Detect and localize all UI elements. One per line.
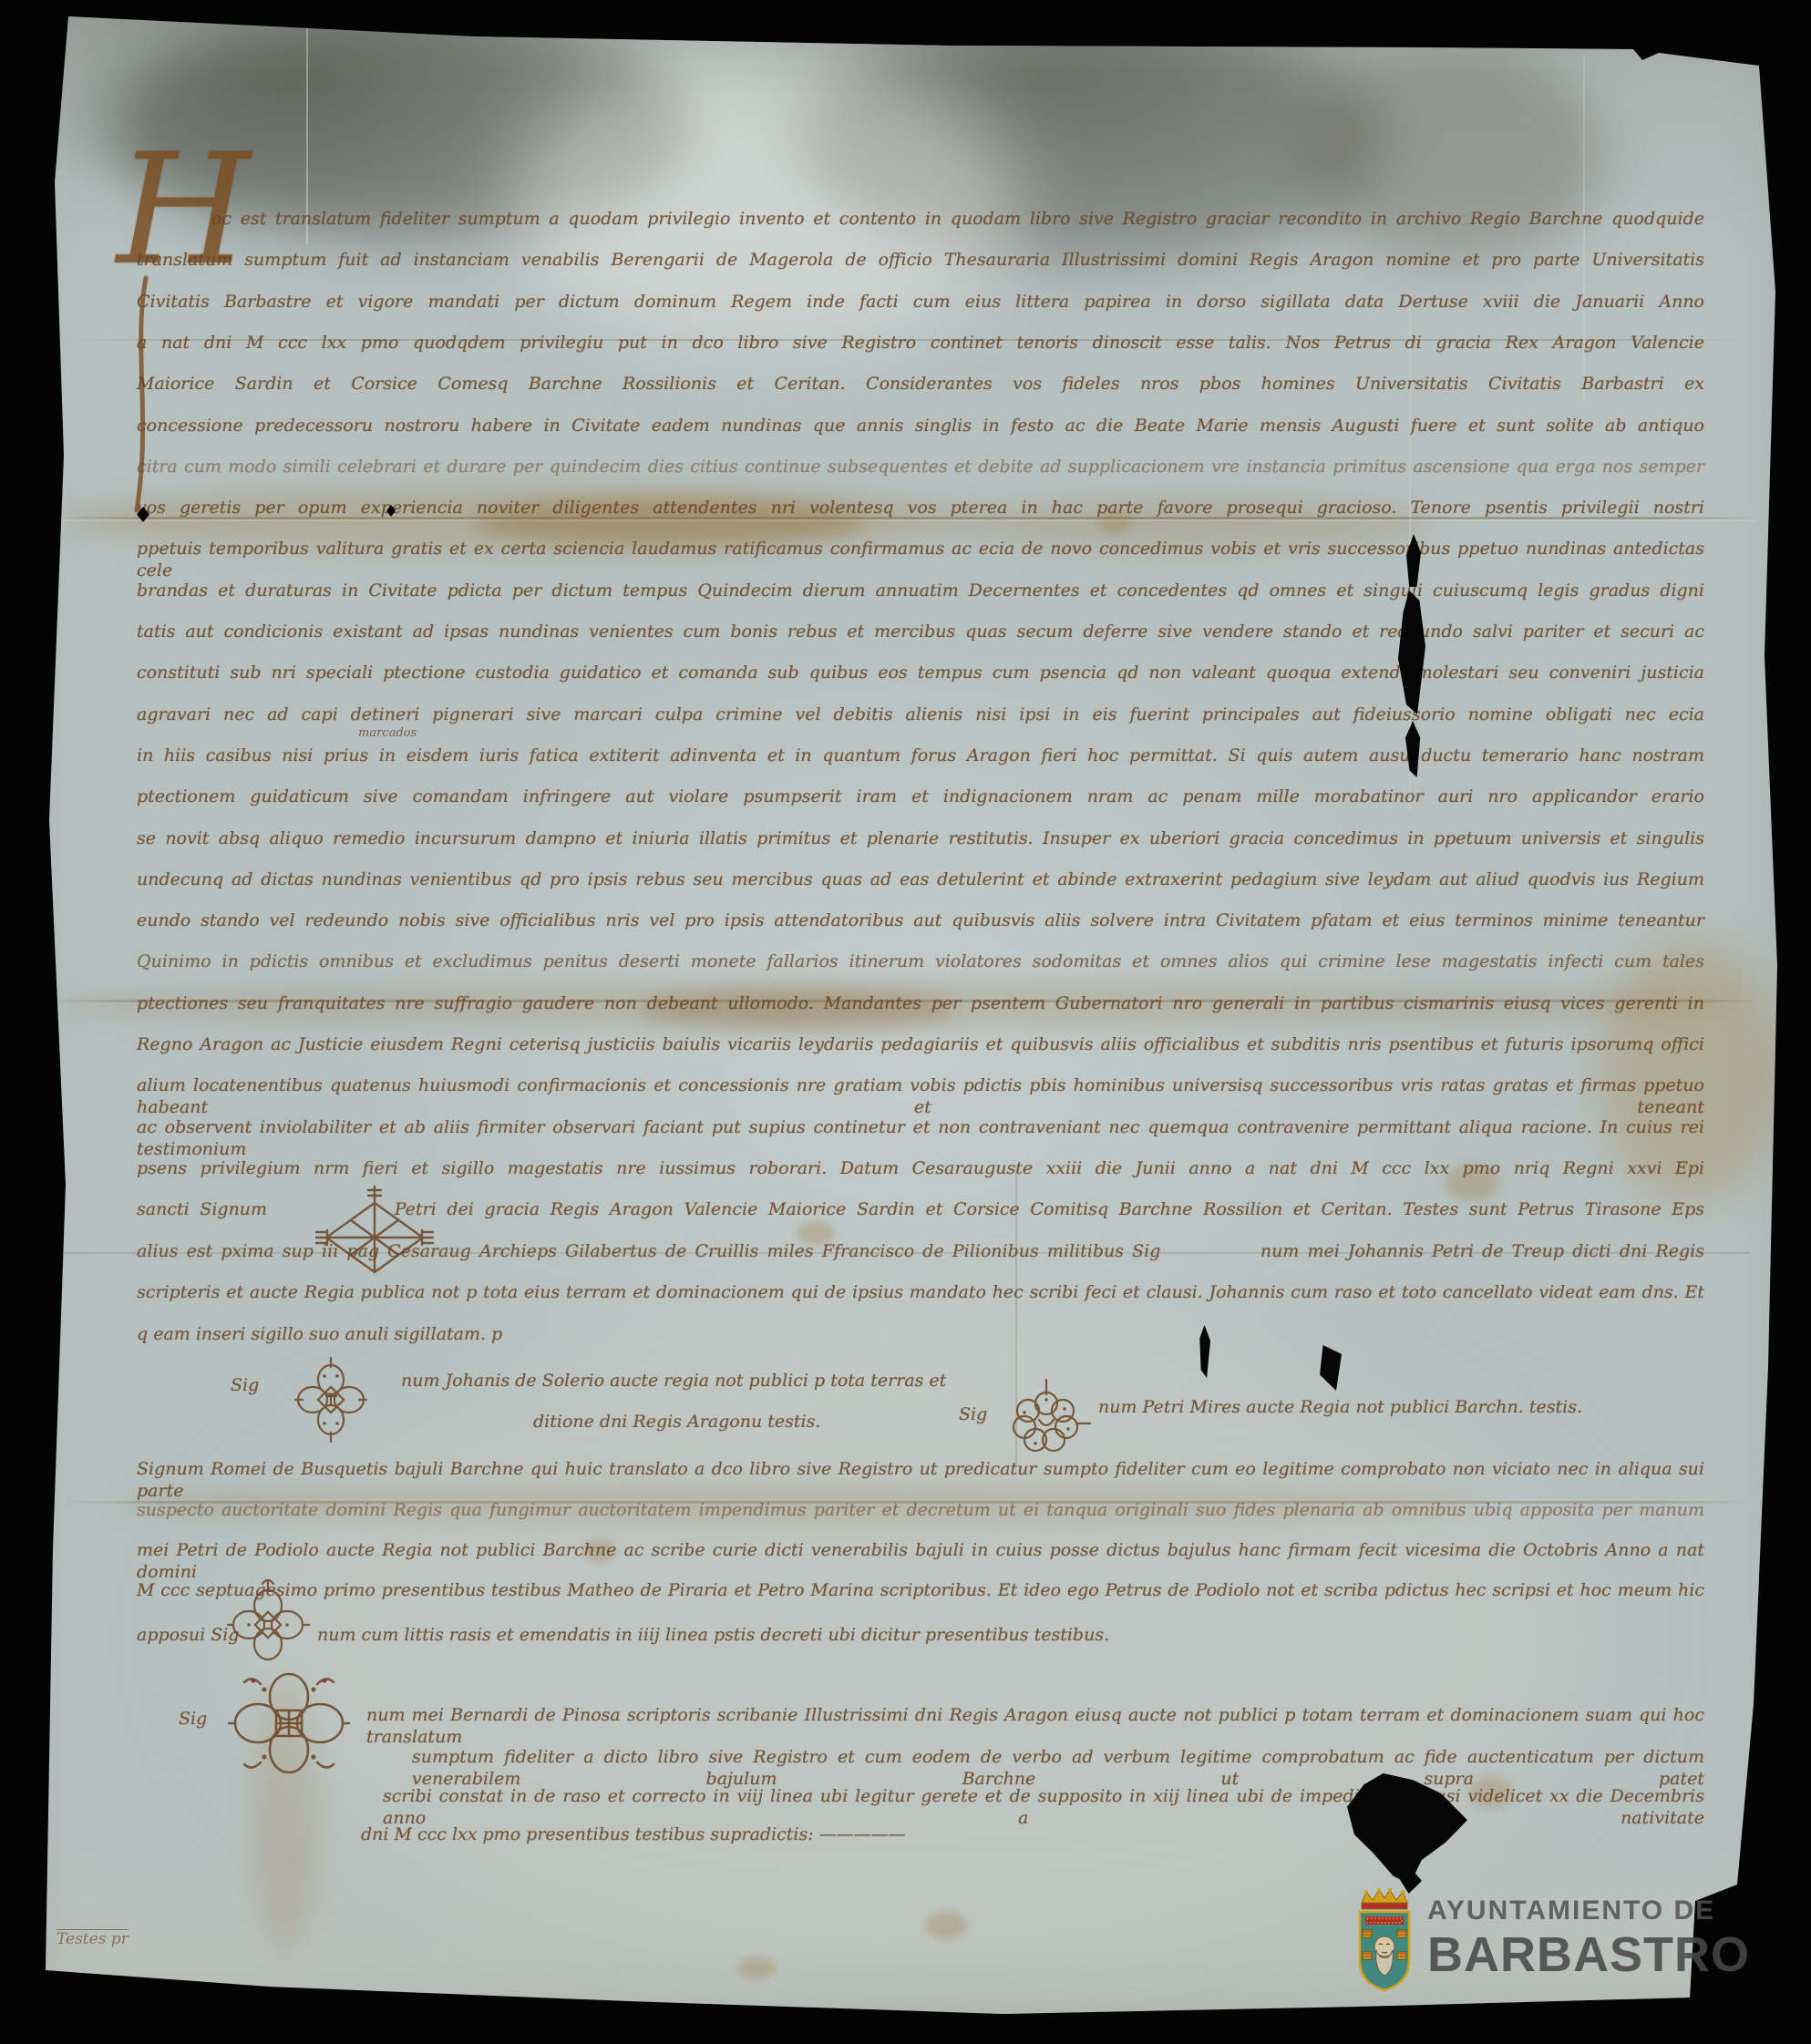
manuscript-line-36: mei Petri de Podiolo aucte Regia not pub…	[137, 1539, 1704, 1583]
manuscript-line-14: in hiis casibus nisi prius in eisdem iur…	[137, 745, 1704, 766]
manuscript-line-44: dni M ccc lxx pmo presentibus testibus s…	[361, 1823, 1017, 1845]
manuscript-line-23: ac observent inviolabiliter et ab aliis …	[137, 1116, 1704, 1160]
marginal-note: Testes pr	[57, 1930, 129, 1948]
manuscript-line-12: constituti sub nri speciali ptectione cu…	[137, 662, 1704, 683]
manuscript-line-21: Regno Aragon ac Justicie eiusdem Regni c…	[137, 1033, 1704, 1055]
manuscript-line-41: num mei Bernardi de Pinosa scriptoris sc…	[366, 1704, 1704, 1748]
watermark-line1: AYUNTAMIENTO DE	[1427, 1895, 1750, 1926]
notary-rosette-icon-mires	[1001, 1378, 1092, 1462]
photo-of-parchment-charter: H oc est translatum fideliter sumptum a …	[0, 0, 1811, 2044]
manuscript-line-28: q eam inseri sigillo suo anuli sigillata…	[137, 1323, 848, 1345]
manuscript-line-27: scripteris et aucte Regia publica not p …	[137, 1281, 1704, 1303]
manuscript-line-1: oc est translatum fideliter sumptum a qu…	[211, 208, 1704, 230]
manuscript-line-11: tatis aut condicionis existant ad ipsas …	[137, 621, 1704, 642]
manuscript-line-22: alium locatenentibus quatenus huiusmodi …	[137, 1074, 1704, 1118]
manuscript-line-8: vos geretis per opum experiencia noviter…	[137, 497, 1704, 519]
manuscript-line-4: a nat dni M ccc lxx pmo quodqdem privile…	[137, 332, 1704, 354]
barbastro-crest-icon	[1354, 1886, 1415, 1998]
interlinear-note: marcados	[358, 726, 417, 740]
manuscript-line-19: Quinimo in pdictis omnibus et excludimus…	[137, 950, 1704, 972]
manuscript-line-9: ppetuis temporibus valitura gratis et ex…	[137, 538, 1704, 581]
manuscript-line-29: Sig	[231, 1374, 294, 1396]
notary-knot-icon-podiolo	[226, 1578, 310, 1669]
manuscript-line-15: ptectionem guidaticum sive comandam infr…	[137, 786, 1704, 807]
manuscript-line-39: num cum littis rasis et emendatis in iii…	[317, 1624, 1429, 1646]
manuscript-line-10: brandas et duraturas in Civitate pdicta …	[137, 580, 1704, 601]
royal-signum-icon	[314, 1183, 435, 1281]
watermark-line2: BARBASTRO	[1427, 1928, 1750, 1981]
manuscript-line-3: Civitatis Barbastre et vigore mandati pe…	[137, 291, 1704, 313]
manuscript-line-2: translatum sumptum fuit ad instanciam ve…	[137, 249, 1704, 271]
manuscript-line-16: se novit absq aliquo remedio incursurum …	[137, 827, 1704, 849]
manuscript-line-13: agravari nec ad capi detineri pignerari …	[137, 704, 1704, 725]
notary-knot-icon-solerio	[293, 1356, 368, 1443]
manuscript-line-6: concessione predecessoru nostroru habere…	[137, 415, 1704, 437]
manuscript-line-35: suspecto auctoritate domini Regis qua fu…	[137, 1499, 1704, 1521]
manuscript-line-37: M ccc septuagesimo primo presentibus tes…	[137, 1579, 1704, 1601]
manuscript-line-20: ptectiones seu franquitates nre suffragi…	[137, 992, 1704, 1014]
manuscript-line-24: psens privilegium nrm fieri et sigillo m…	[137, 1157, 1704, 1179]
notary-knot-icon-bernardi-large	[228, 1669, 350, 1777]
manuscript-line-18: eundo stando vel redeundo nobis sive off…	[137, 909, 1704, 931]
manuscript-line-17: undecunq ad dictas nundinas venientibus …	[137, 868, 1704, 890]
manuscript-line-42: sumptum fideliter a dicto libro sive Reg…	[412, 1746, 1704, 1790]
manuscript-line-33: num Petri Mires aucte Regia not publici …	[1098, 1396, 1663, 1418]
manuscript-line-5: Maiorice Sardin et Corsice Comesq Barchn…	[137, 373, 1704, 395]
manuscript-line-34: Signum Romei de Busquetis bajuli Barchne…	[137, 1458, 1704, 1502]
manuscript-line-7: citra cum modo simili celebrari et durar…	[137, 456, 1704, 478]
manuscript-line-43: scribi constat in de raso et correcto in…	[383, 1785, 1704, 1829]
parchment-sheet: H oc est translatum fideliter sumptum a …	[0, 0, 1811, 2044]
watermark-ayuntamiento-barbastro: AYUNTAMIENTO DE BARBASTRO	[1354, 1886, 1750, 1998]
